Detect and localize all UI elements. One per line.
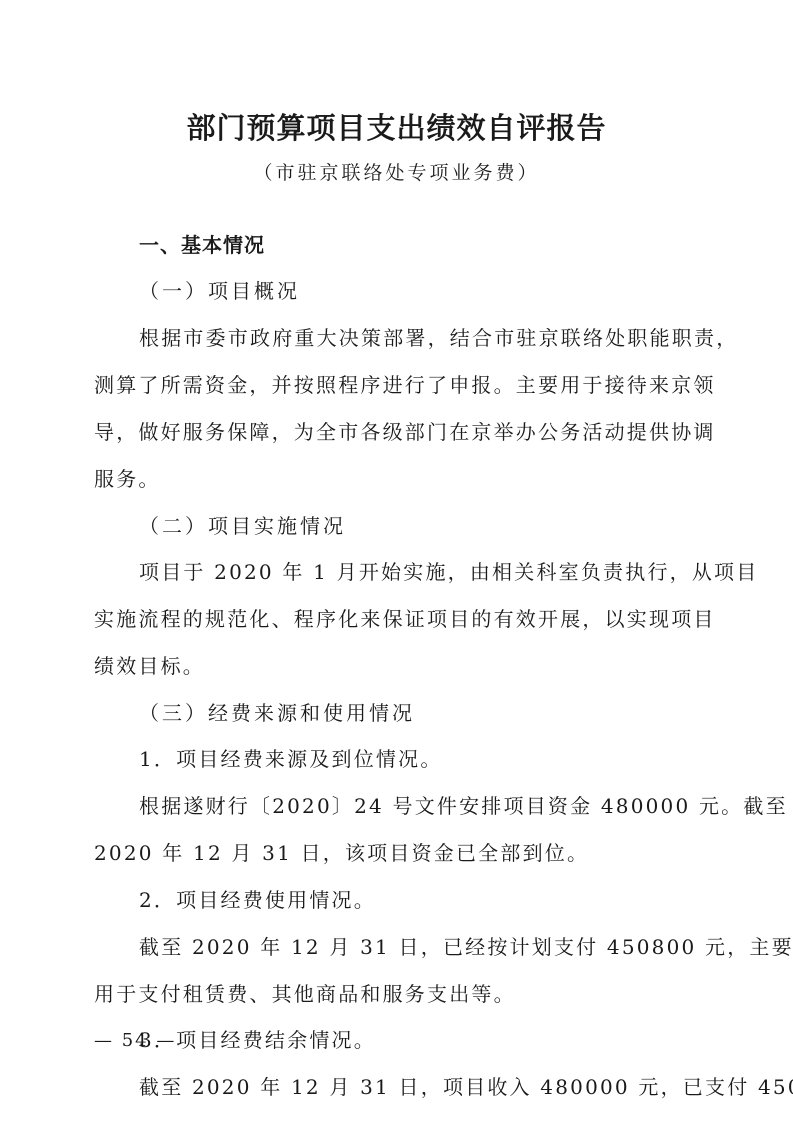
page-number: — 54 — bbox=[94, 1030, 176, 1051]
paragraph-line: 2．项目经费使用情况。 bbox=[139, 884, 759, 913]
paragraph-line: 1．项目经费来源及到位情况。 bbox=[139, 743, 759, 772]
paragraph-line: 绩效目标。 bbox=[94, 650, 714, 679]
document-title: 部门预算项目支出绩效自评报告 bbox=[0, 106, 793, 147]
section-heading: （三）经费来源和使用情况 bbox=[139, 697, 759, 726]
paragraph-line: 服务。 bbox=[94, 463, 714, 492]
section-heading: （二）项目实施情况 bbox=[139, 510, 759, 539]
paragraph-line: 截至 2020 年 12 月 31 日，已经按计划支付 450800 元，主要 bbox=[139, 931, 759, 960]
paragraph-line: 实施流程的规范化、程序化来保证项目的有效开展，以实现项目 bbox=[94, 603, 714, 632]
section-heading: （一）项目概况 bbox=[139, 275, 759, 304]
paragraph-line: 3．项目经费结余情况。 bbox=[139, 1024, 759, 1053]
document-subtitle: （市驻京联络处专项业务费） bbox=[0, 158, 793, 185]
paragraph-line: 根据市委市政府重大决策部署，结合市驻京联络处职能职责， bbox=[139, 322, 759, 351]
paragraph-line: 2020 年 12 月 31 日，该项目资金已全部到位。 bbox=[94, 837, 714, 866]
paragraph-line: 截至 2020 年 12 月 31 日，项目收入 480000 元，已支付 45… bbox=[139, 1071, 759, 1100]
paragraph-line: 测算了所需资金，并按照程序进行了申报。主要用于接待来京领 bbox=[94, 369, 714, 398]
paragraph-line: 导，做好服务保障，为全市各级部门在京举办公务活动提供协调 bbox=[94, 416, 714, 445]
section-heading: 一、基本情况 bbox=[139, 229, 759, 258]
paragraph-line: 用于支付租赁费、其他商品和服务支出等。 bbox=[94, 978, 714, 1007]
paragraph-line: 项目于 2020 年 1 月开始实施，由相关科室负责执行，从项目 bbox=[139, 556, 759, 585]
paragraph-line: 根据遂财行〔2020〕24 号文件安排项目资金 480000 元。截至 bbox=[139, 790, 759, 819]
